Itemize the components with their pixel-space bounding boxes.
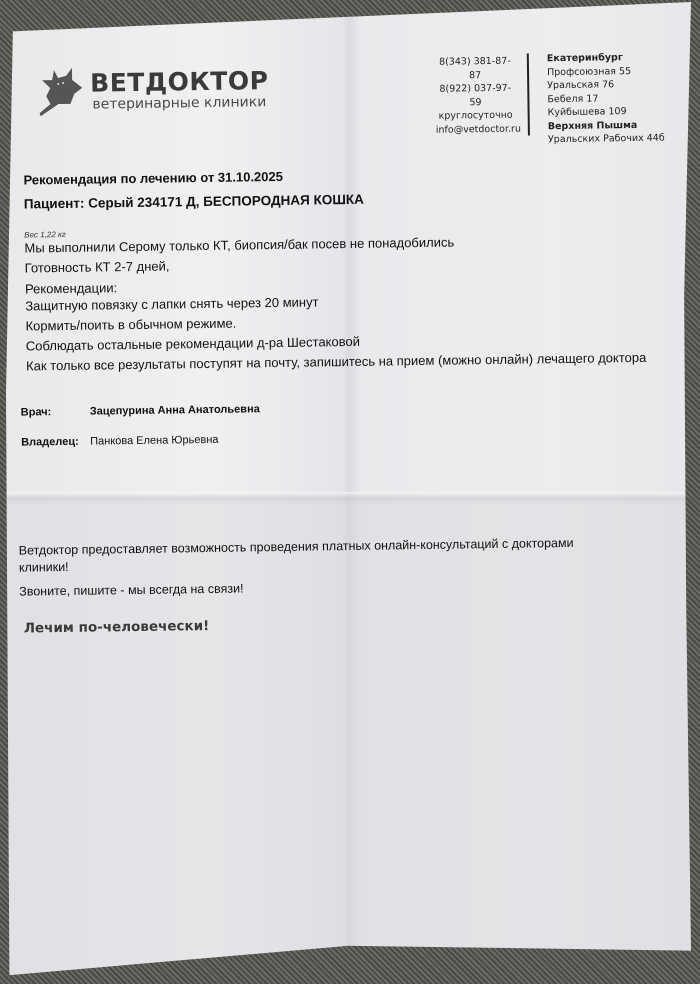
slogan: Лечим по-человечески! [24,618,210,637]
recommendation-body: Мы выполнили Серому только КТ, биопсия/б… [24,230,646,377]
address-item: Уральских Рабочих 44б [548,132,665,147]
patient-info: Пациент: Серый 234171 Д, БЕСПОРОДНАЯ КОШ… [24,192,364,212]
brand-name: ВЕТДОКТОР [90,68,269,96]
phone-1: 8(343) 381-87-87 [435,55,515,83]
cat-icon [36,64,87,121]
phone-2: 8(922) 037-97-59 [435,82,515,110]
email: info@vetdoctor.ru [436,122,516,137]
document-title: Рекомендация по лечению от 31.10.2025 [23,169,283,188]
contact-line: Звоните, пишите - мы всегда на связи! [19,581,243,598]
doctor-name: Зацепурина Анна Анатольевна [90,403,260,417]
clinic-logo: ВЕТДОКТОР ветеринарные клиники [36,61,269,120]
address-list: Екатеринбург Профсоюзная 55 Уральская 76… [547,51,665,147]
brand-tagline: ветеринарные клиники [92,94,268,112]
doctor-row: Врач: Зацепурина Анна Анатольевна [21,403,260,418]
owner-label: Владелец: [21,436,87,449]
doctor-label: Врач: [21,406,87,419]
hours: круглосуточно [436,109,516,124]
promo-text: Ветдоктор предоставляет возможность пров… [19,535,579,577]
owner-name: Панкова Елена Юрьевна [90,434,218,448]
contact-block: 8(343) 381-87-87 8(922) 037-97-59 кругло… [435,55,516,137]
owner-row: Владелец: Панкова Елена Юрьевна [21,434,219,449]
header-divider [527,53,530,135]
document-content: ВЕТДОКТОР ветеринарные клиники 8(343) 38… [0,0,700,984]
